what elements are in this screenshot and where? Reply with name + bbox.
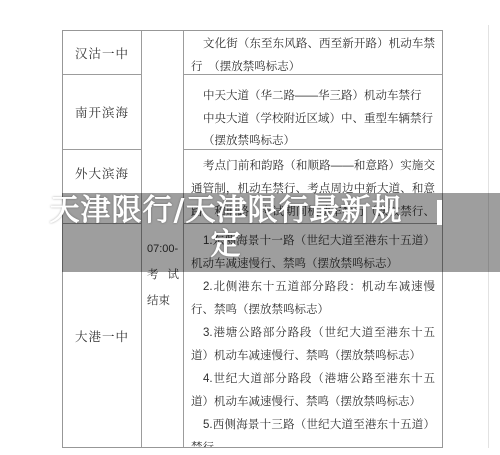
restriction-cell-row1: 文化街（东至东风路、西至新开路）机动车禁行 （摆放禁鸣标志） xyxy=(183,31,442,74)
restriction-text: 文化街（东至东风路、西至新开路）机动车禁行 （摆放禁鸣标志） xyxy=(191,33,435,74)
restriction-text: 5.西侧海景十三路（世纪大道至港东十五道）禁行 xyxy=(191,414,435,447)
watermark-title-line2: 定 xyxy=(0,228,452,262)
school-name-nankai-binhai: 南开滨海 xyxy=(63,74,141,149)
text-cursor-bar xyxy=(437,200,442,225)
restriction-text: 中央大道（学校附近区域）中、重型车辆禁行 xyxy=(191,108,435,131)
school-name-hangu-yizhong: 汉沽一中 xyxy=(63,31,141,74)
restriction-text: 2.北侧港东十五道部分路段：机动车减速慢行、禁鸣（摆放禁鸣标志） xyxy=(191,276,435,322)
restriction-text: 中天大道（华二路——华三路）机动车禁行 xyxy=(191,85,435,108)
watermark-title: 天津限行/天津限行最新规 定 xyxy=(0,194,452,262)
restriction-cell-row2: 中天大道（华二路——华三路）机动车禁行 中央大道（学校附近区域）中、重型车辆禁行… xyxy=(183,74,442,149)
restriction-text: 3.港塘公路部分路段（世纪大道至港东十五道）机动车减速慢行、禁鸣（摆放禁鸣标志） xyxy=(191,322,435,368)
restriction-text: （摆放禁鸣标志） xyxy=(191,130,435,149)
restriction-text: 4.世纪大道部分路段（港塘公路至港东十五道）机动车减速慢行、禁鸣（摆放禁鸣标志） xyxy=(191,368,435,414)
watermark-title-line1: 天津限行/天津限行最新规 xyxy=(0,194,452,228)
